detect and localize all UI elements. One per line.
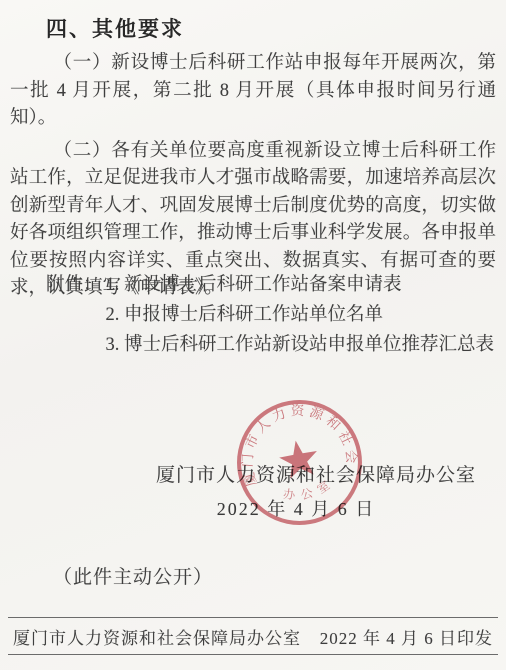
official-seal-stamp-icon: 厦门市人力资源和社会保障局 办公室 <box>224 387 376 539</box>
attachments-list: 1. 新设博士后科研工作站备案申请表 2. 申报博士后科研工作站单位名单 3. … <box>106 270 495 360</box>
footer-issuer: 厦门市人力资源和社会保障局办公室 <box>13 624 301 649</box>
attachment-item: 3. 博士后科研工作站新设站申报单位推荐汇总表 <box>106 330 495 360</box>
footer-print-date: 2022 年 4 月 6 日印发 <box>320 624 493 649</box>
section-heading: 四、其他要求 <box>46 13 494 43</box>
attachments-label: 附件： <box>46 270 102 360</box>
document-page: 四、其他要求 （一）新设博士后科研工作站申报每年开展两次，第一批 4 月开展，第… <box>0 0 506 670</box>
seal-bottom-text: 办公室 <box>279 472 340 506</box>
seal-star-icon <box>277 437 321 480</box>
paragraph-1: （一）新设博士后科研工作站申报每年开展两次，第一批 4 月开展，第二批 8 月开… <box>10 50 496 133</box>
attachments-block: 附件： 1. 新设博士后科研工作站备案申请表 2. 申报博士后科研工作站单位名单… <box>46 270 494 360</box>
footer-bar: 厦门市人力资源和社会保障局办公室 2022 年 4 月 6 日印发 <box>8 617 498 655</box>
attachment-item: 1. 新设博士后科研工作站备案申请表 <box>106 270 495 300</box>
svg-text:办公室: 办公室 <box>279 472 340 506</box>
attachment-item: 2. 申报博士后科研工作站单位名单 <box>106 300 495 330</box>
disclosure-note: （此件主动公开） <box>53 562 213 589</box>
